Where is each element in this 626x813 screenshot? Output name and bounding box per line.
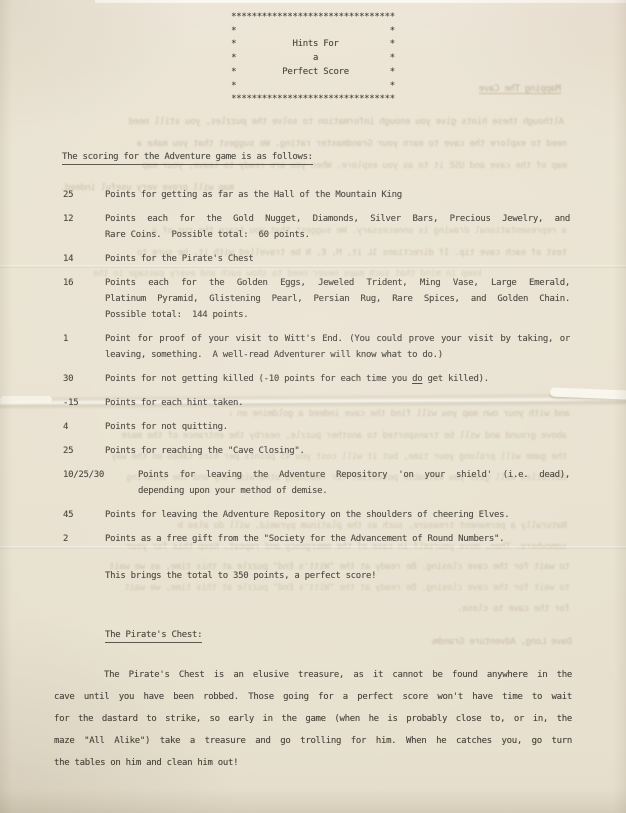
scoring-item: 2Points as a free gift from the "Society… [63,531,570,547]
item-text: Points each for the Gold Nugget, Diamond… [105,211,570,243]
scoring-item: 4Points for not quitting. [63,419,570,435]
item-text-line: Platinum Pyramid, Glistening Pearl, Pers… [105,291,570,307]
item-text-line: Points for leaving the Adventure Reposit… [105,507,570,523]
pirates-chest-heading: The Pirate's Chest: [105,630,202,643]
points-value: 1 [63,331,105,363]
scanned-document-page: Mapping The CaveAlthough these hints giv… [0,0,626,813]
points-value: 45 [63,507,105,523]
bleedthrough-line: for the cave to close. [440,603,570,616]
points-value: 14 [63,251,105,267]
item-text-line: Points for the Pirate's Chest [105,251,570,267]
points-value: 25 [63,443,105,459]
ascii-art-title-box: ******************************** * * * H… [231,11,395,107]
item-text-line: Points for each hint taken. [105,395,570,411]
item-text-line: Points for not quitting. [105,419,570,435]
points-value: 10/25/30 [63,467,138,499]
item-text-line: Points for leaving the Adventure Reposit… [138,467,570,483]
item-text: Points for the Pirate's Chest [105,251,570,267]
item-text-line: Points for not getting killed (-10 point… [105,371,570,387]
points-value: 4 [63,419,105,435]
item-text-line: Possible total: 144 points. [105,307,570,323]
item-text: Points for reaching the "Cave Closing". [105,443,570,459]
item-text-line: Points for reaching the "Cave Closing". [105,443,570,459]
bleedthrough-line: Although these hints give you enough inf… [62,116,564,129]
fold-crease-left-highlight [0,396,52,403]
item-text-line: Point for proof of your visit to Witt's … [105,331,570,347]
bleedthrough-line: Mapping The Cave [443,83,561,96]
item-text: Points for not getting killed (-10 point… [105,371,570,387]
item-text: Points for getting as far as the Hall of… [105,187,570,203]
scoring-item: -15Points for each hint taken. [63,395,570,411]
item-text-line: Points each for the Golden Eggs, Jeweled… [105,275,570,291]
item-text: Points for not quitting. [105,419,570,435]
bleedthrough-line: need to explore the cave to earn your Gr… [62,138,567,151]
item-text: Points for each hint taken. [105,395,570,411]
item-text: Points for leaving the Adventure Reposit… [138,467,570,499]
scoring-item: 25Points for reaching the "Cave Closing"… [63,443,570,459]
bleedthrough-line: Dave Long, Adventure Grandmaster [432,636,572,649]
scoring-item: 25Points for getting as far as the Hall … [63,187,570,203]
item-text: Point for proof of your visit to Witt's … [105,331,570,363]
item-text-line: depending upon your method of demise. [138,483,570,499]
item-text: Points for leaving the Adventure Reposit… [105,507,570,523]
scoring-item: 45Points for leaving the Adventure Repos… [63,507,570,523]
points-value: 25 [63,187,105,203]
item-text: Points as a free gift from the "Society … [105,531,570,547]
scan-edge-artifact [95,0,626,3]
scoring-item: 14Points for the Pirate's Chest [63,251,570,267]
item-text-line: Points as a free gift from the "Society … [105,531,570,547]
item-text-line: Points for getting as far as the Hall of… [105,187,570,203]
paragraph-line: The Pirate's Chest is an elusive treasur… [54,664,572,686]
points-value: 2 [63,531,105,547]
scoring-list: 25Points for getting as far as the Hall … [63,187,570,555]
pirates-chest-paragraph: The Pirate's Chest is an elusive treasur… [54,664,572,774]
scoring-item: 12Points each for the Gold Nugget, Diamo… [63,211,570,243]
paragraph-line: maze "All Alike") take a treasure and go… [54,730,572,752]
item-text-line: Rare Coins. Possible total: 60 points. [105,227,570,243]
scoring-item: 30Points for not getting killed (-10 poi… [63,371,570,387]
item-text: Points each for the Golden Eggs, Jeweled… [105,275,570,323]
scoring-item: 16Points each for the Golden Eggs, Jewel… [63,275,570,323]
points-value: 16 [63,275,105,323]
scoring-item: 10/25/30Points for leaving the Adventure… [63,467,570,499]
points-value: 12 [63,211,105,243]
paragraph-line: the tables on him and clean him out! [54,752,572,774]
item-text-line: leaving, something. A well-read Adventur… [105,347,570,363]
page-bottom-shadow [0,789,626,813]
scoring-heading: The scoring for the Adventure game is as… [62,152,313,165]
total-line: This brings the total to 350 points, a p… [105,568,376,584]
points-value: 30 [63,371,105,387]
scoring-item: 1Point for proof of your visit to Witt's… [63,331,570,363]
item-text-line: Points each for the Gold Nugget, Diamond… [105,211,570,227]
points-value: -15 [63,395,105,411]
paragraph-line: for the dastard to strike, so early in t… [54,708,572,730]
paragraph-line: cave until you have been robbed. Those g… [54,686,572,708]
